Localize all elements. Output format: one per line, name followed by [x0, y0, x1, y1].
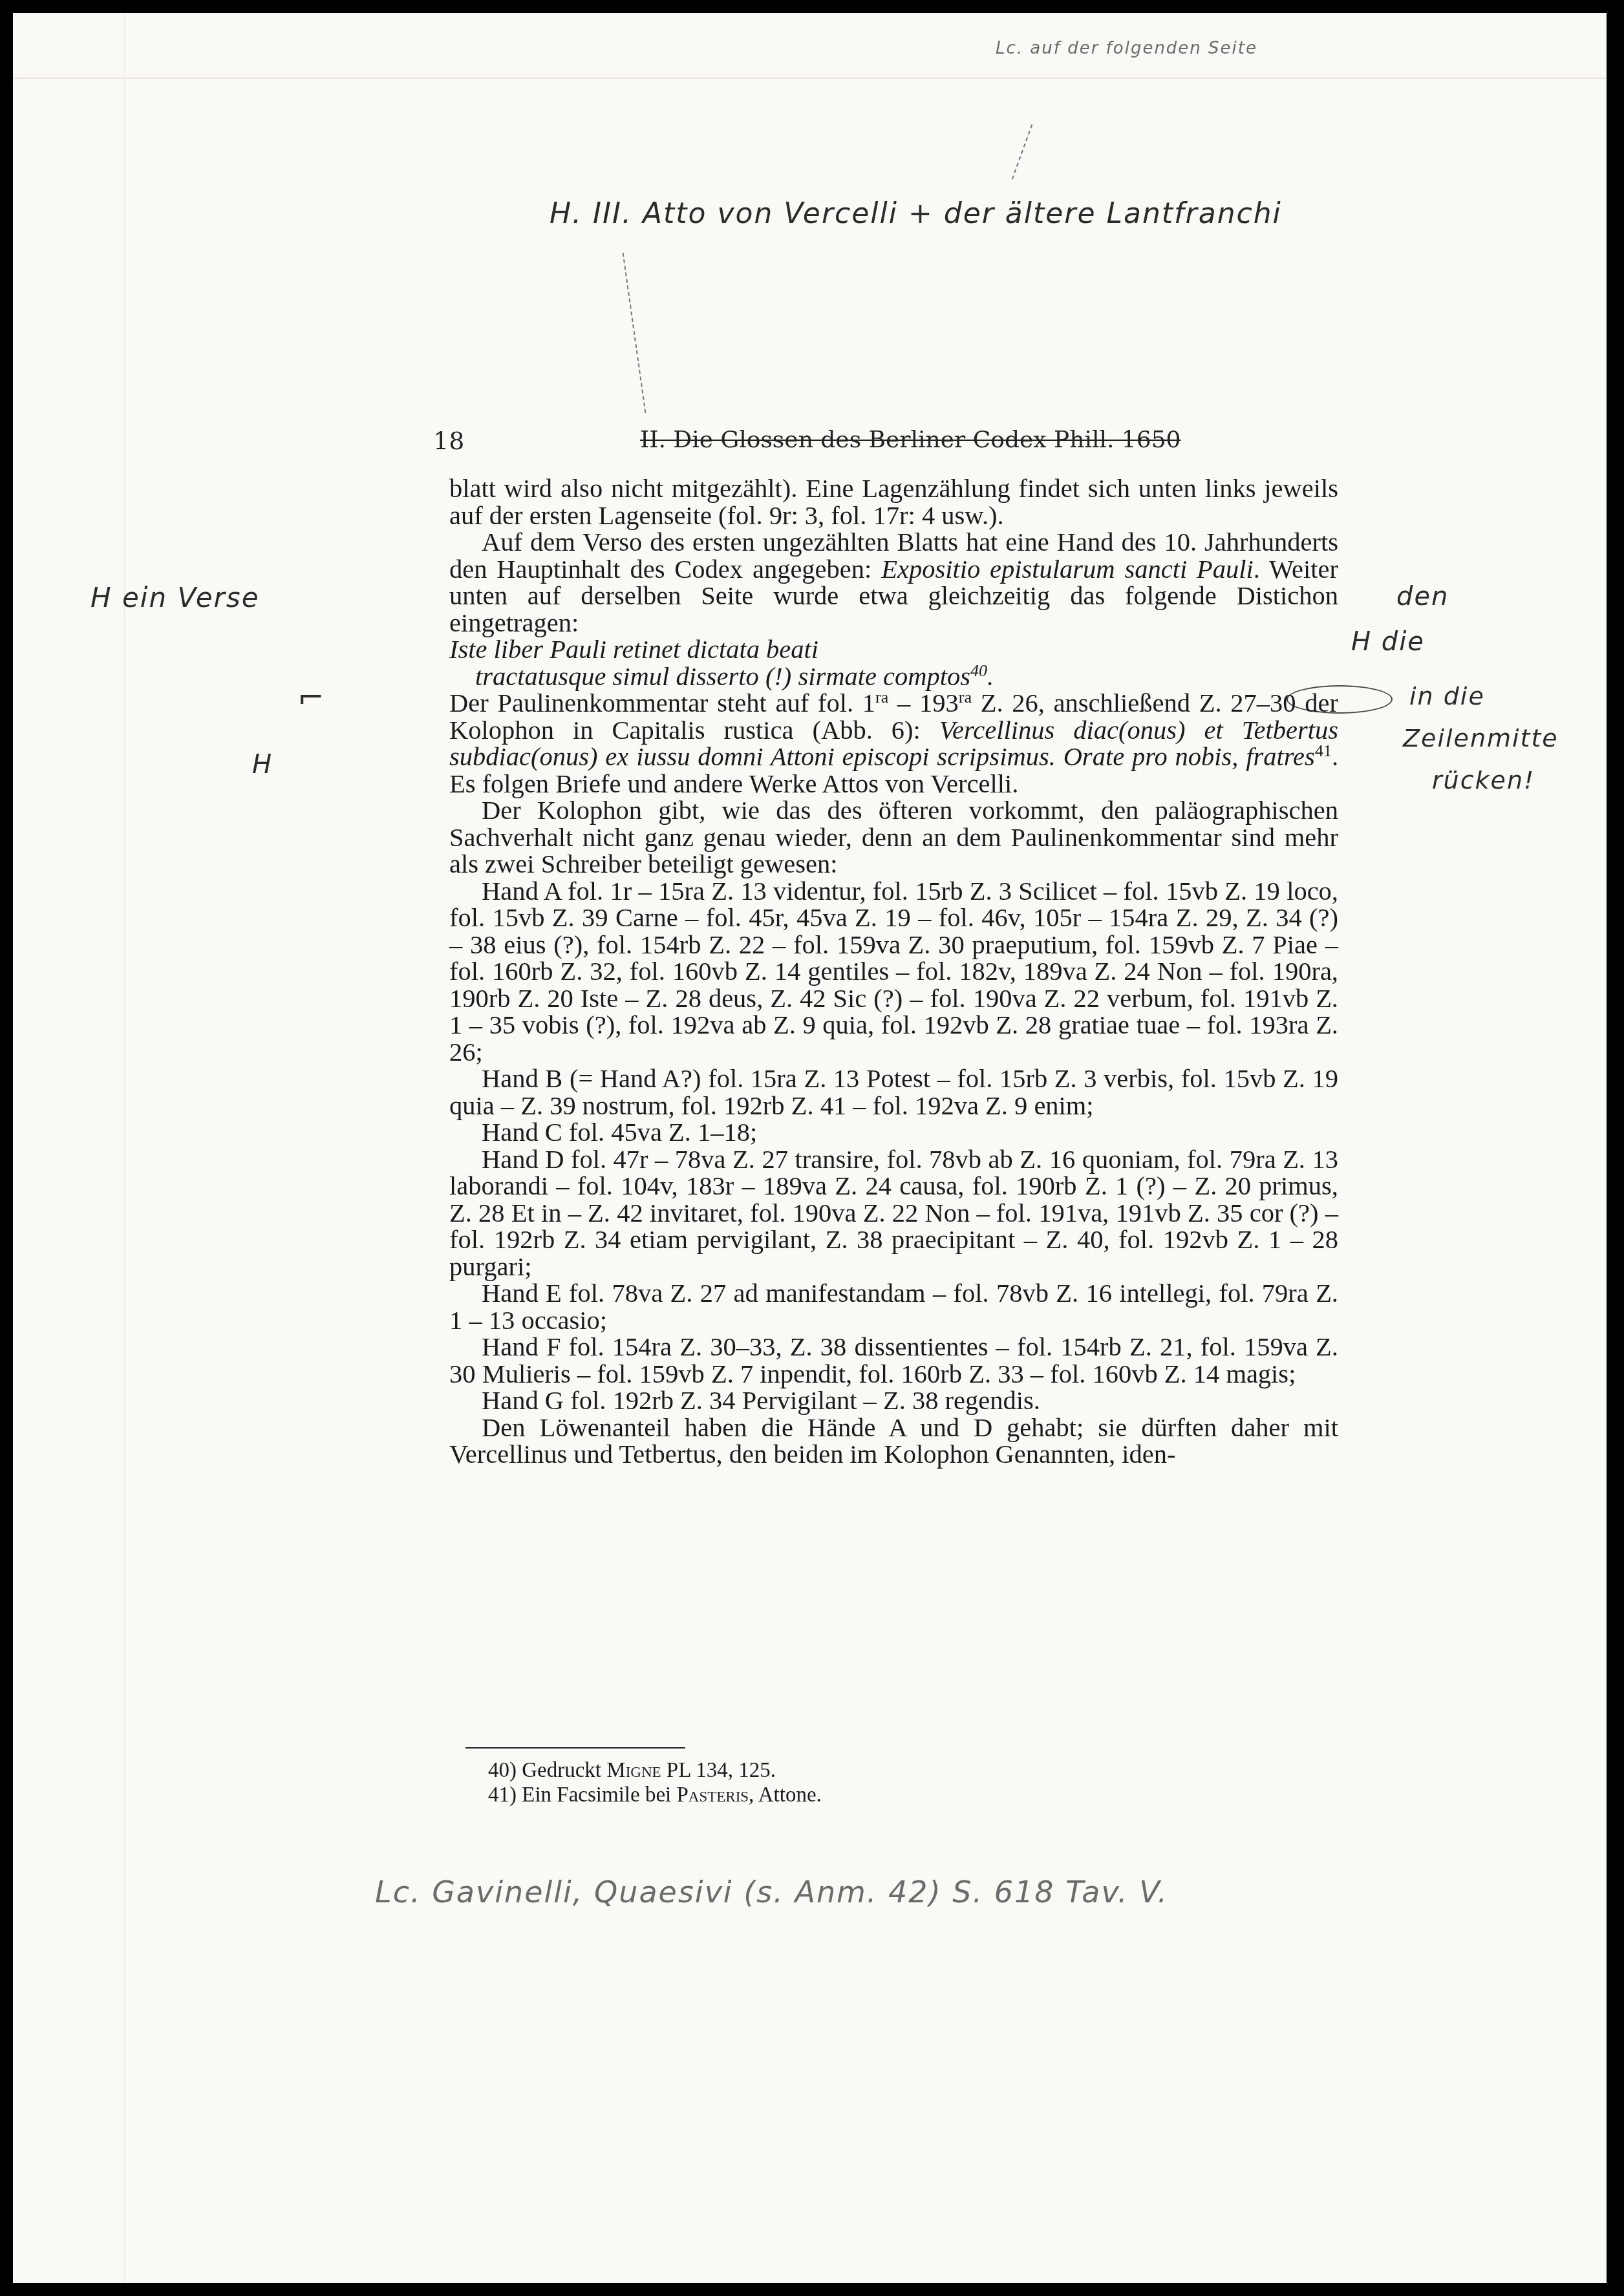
annotation-right-margin-1: den: [1396, 582, 1449, 611]
hand-entry-a: Hand A fol. 1r – 15ra Z. 13 videntur, fo…: [449, 878, 1338, 1066]
body-text: blatt wird also nicht mitgezählt). Eine …: [449, 475, 1338, 1468]
bracket-mark-icon: ⌐: [297, 679, 326, 716]
paragraph: Auf dem Verso des ersten ungezählten Bla…: [449, 529, 1338, 636]
footnote-ref[interactable]: 40: [970, 661, 987, 679]
hand-entry-g: Hand G fol. 192rb Z. 34 Pervigilant – Z.…: [449, 1387, 1338, 1414]
annotation-right-margin-4: Zeilenmitte: [1403, 724, 1559, 752]
hand-entry-e: Hand E fol. 78va Z. 27 ad manifestandam …: [449, 1280, 1338, 1334]
paragraph: Den Löwenanteil haben die Hände A und D …: [449, 1414, 1338, 1468]
annotation-bottom: Lc. Gavinelli, Quaesivi (s. Anm. 42) S. …: [375, 1875, 1168, 1909]
annotation-left-margin-1: H ein Verse: [91, 582, 260, 613]
fold-line-vertical: [124, 13, 125, 2283]
fold-line-horizontal: [13, 78, 1607, 79]
annotation-top-heading: H. III. Atto von Vercelli + der ältere L…: [550, 197, 1282, 230]
footnote-divider: [465, 1747, 685, 1749]
annotation-right-margin-2: H die: [1351, 627, 1425, 657]
hand-entry-d: Hand D fol. 47r – 78va Z. 27 transire, f…: [449, 1146, 1338, 1281]
footnote-40: 40) Gedruckt Migne PL 134, 125.: [488, 1758, 822, 1783]
distichon: Iste liber Pauli retinet dictata beati t…: [449, 636, 1338, 690]
verse-line: Iste liber Pauli retinet dictata beati: [449, 636, 1338, 663]
annotation-right-margin-3: in die: [1409, 682, 1485, 710]
scanned-page: Lc. auf der folgenden Seite H. III. Atto…: [13, 13, 1607, 2283]
annotation-left-margin-2: H: [252, 750, 273, 780]
annotation-right-margin-5: rücken!: [1432, 766, 1535, 794]
annotation-top-right: Lc. auf der folgenden Seite: [996, 39, 1257, 58]
footnotes: 40) Gedruckt Migne PL 134, 125. 41) Ein …: [488, 1758, 822, 1807]
arrow-down-icon: [623, 253, 646, 413]
page-number: 18: [433, 427, 464, 455]
hand-entry-b: Hand B (= Hand A?) fol. 15ra Z. 13 Potes…: [449, 1065, 1338, 1119]
paragraph: blatt wird also nicht mitgezählt). Eine …: [449, 475, 1338, 529]
paragraph: Der Kolophon gibt, wie das des öfteren v…: [449, 797, 1338, 878]
running-title: II. Die Glossen des Berliner Codex Phill…: [640, 427, 1181, 453]
running-head: 18 II. Die Glossen des Berliner Codex Ph…: [433, 427, 1338, 465]
footnote-41: 41) Ein Facsimile bei Pasteris, Attone.: [488, 1783, 822, 1807]
paragraph: Der Paulinenkommentar steht auf fol. 1ra…: [449, 690, 1338, 797]
verse-line: tractatusque simul disserto (!) sirmate …: [449, 663, 1338, 690]
footnote-ref[interactable]: 41: [1315, 741, 1332, 760]
hand-entry-f: Hand F fol. 154ra Z. 30–33, Z. 38 dissen…: [449, 1334, 1338, 1387]
arrow-up-icon: [1012, 124, 1033, 179]
hand-entry-c: Hand C fol. 45va Z. 1–18;: [449, 1119, 1338, 1146]
